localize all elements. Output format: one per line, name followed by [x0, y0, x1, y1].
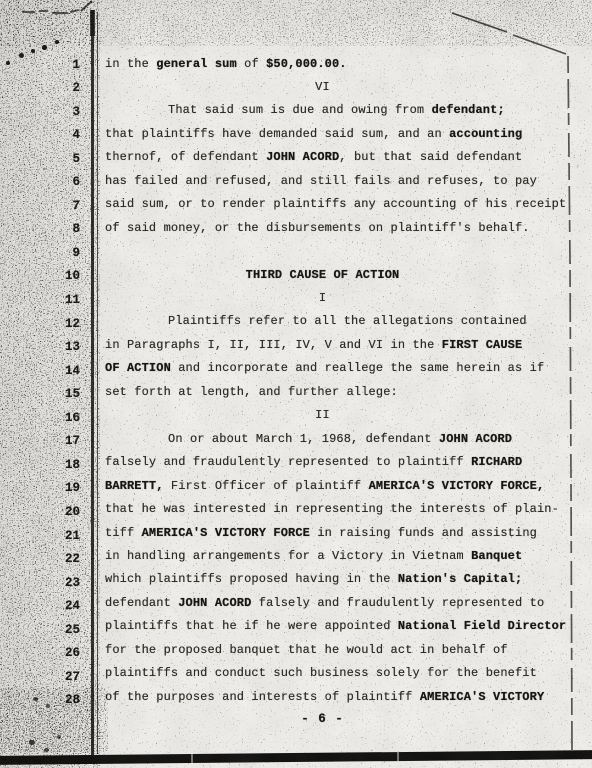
text-line: THIRD CAUSE OF ACTION	[0, 267, 592, 288]
page-number: - 6 -	[105, 712, 540, 726]
body-text: I	[319, 291, 326, 305]
text-line: has failed and refused, and still fails …	[0, 173, 592, 194]
text-line: That said sum is due and owing from defe…	[0, 102, 592, 123]
body-text: of	[237, 57, 266, 71]
text-line-content: in the general sum of $50,000.00.	[105, 56, 540, 73]
emphasized-text: JOHN ACORD	[266, 150, 339, 164]
emphasized-text: AMERICA'S VICTORY	[420, 690, 544, 704]
emphasized-text: JOHN ACORD	[439, 432, 512, 446]
text-line: of the purposes and interests of plainti…	[0, 689, 592, 710]
text-line-content: OF ACTION and incorporate and reallege t…	[105, 360, 540, 377]
body-text: that he was interested in representing t…	[105, 502, 559, 516]
text-line: of said money, or the disbursements on p…	[0, 220, 592, 241]
text-line: in the general sum of $50,000.00.	[0, 56, 592, 77]
text-line-content: plaintiffs and conduct such business sol…	[105, 665, 540, 682]
text-line: for the proposed banquet that he would a…	[0, 642, 592, 663]
text-line-content: in Paragraphs I, II, III, IV, V and VI i…	[105, 337, 540, 354]
ink-dot	[31, 49, 35, 53]
scanner-bar-gap	[191, 754, 193, 763]
text-line: OF ACTION and incorporate and reallege t…	[0, 360, 592, 381]
emphasized-text: Nation's Capital;	[398, 572, 522, 586]
body-text: said sum, or to render plaintiffs any ac…	[105, 197, 566, 211]
ink-blob	[44, 748, 49, 752]
text-line-content: has failed and refused, and still fails …	[105, 173, 540, 190]
scribble-dash	[52, 12, 68, 14]
body-text: On or about March 1, 1968, defendant	[168, 432, 439, 446]
text-line: Plaintiffs refer to all the allegations …	[0, 313, 592, 334]
text-line-content: Plaintiffs refer to all the allegations …	[105, 313, 540, 330]
text-line-content: which plaintiffs proposed having in the …	[105, 571, 540, 588]
emphasized-text: JOHN ACORD	[178, 596, 251, 610]
scanned-pleading-page: 1234567891011121314151617181920212223242…	[0, 0, 592, 768]
text-line: defendant JOHN ACORD falsely and fraudul…	[0, 595, 592, 616]
emphasized-text: RICHARD	[471, 455, 522, 469]
text-line: plaintiffs and conduct such business sol…	[0, 665, 592, 686]
emphasized-text: National Field Director	[398, 619, 566, 633]
emphasized-text: AMERICA'S VICTORY FORCE	[142, 526, 310, 540]
text-line: said sum, or to render plaintiffs any ac…	[0, 196, 592, 217]
text-line-content: plaintiffs that he if he were appointed …	[105, 618, 540, 635]
text-line: in Paragraphs I, II, III, IV, V and VI i…	[0, 337, 592, 358]
body-text: plaintiffs and conduct such business sol…	[105, 666, 537, 680]
text-line-content: tiff AMERICA'S VICTORY FORCE in raising …	[105, 525, 540, 542]
emphasized-text: OF ACTION	[105, 361, 171, 375]
body-text: in raising funds and assisting	[310, 526, 537, 540]
scribble-dash	[39, 10, 48, 12]
emphasized-text: accounting	[449, 127, 522, 141]
body-text: First Officer of plaintiff	[164, 479, 369, 493]
scanner-bar-gap	[397, 752, 399, 761]
body-text: plaintiffs that he if he were appointed	[105, 619, 398, 633]
text-line-content: THIRD CAUSE OF ACTION	[105, 267, 540, 284]
text-line-content: That said sum is due and owing from defe…	[105, 102, 540, 119]
body-text: II	[315, 408, 330, 422]
text-line-content: I	[105, 290, 540, 307]
body-text: defendant	[105, 596, 178, 610]
text-line-content: of said money, or the disbursements on p…	[105, 220, 540, 237]
body-text: Plaintiffs refer to all the allegations …	[168, 314, 527, 328]
emphasized-text: $50,000.00.	[266, 57, 347, 71]
body-text: in handling arrangements for a Victory i…	[105, 549, 471, 563]
text-line: set forth at length, and further allege:	[0, 384, 592, 405]
ink-dot	[42, 45, 47, 50]
emphasized-text: THIRD CAUSE OF ACTION	[246, 268, 400, 282]
text-line: VI	[0, 79, 592, 100]
body-text: falsely and fraudulently represented to	[251, 596, 544, 610]
text-line: thernof, of defendant JOHN ACORD, but th…	[0, 149, 592, 170]
body-text: has failed and refused, and still fails …	[105, 174, 537, 188]
text-line-content: thernof, of defendant JOHN ACORD, but th…	[105, 149, 540, 166]
text-line-content: of the purposes and interests of plainti…	[105, 689, 540, 706]
text-line-content: VI	[105, 79, 540, 96]
rule-top-smudge	[90, 10, 95, 36]
text-line: tiff AMERICA'S VICTORY FORCE in raising …	[0, 525, 592, 546]
body-text: That said sum is due and owing from	[168, 103, 432, 117]
text-line: which plaintiffs proposed having in the …	[0, 571, 592, 592]
text-line: in handling arrangements for a Victory i…	[0, 548, 592, 569]
body-text: and incorporate and reallege the same he…	[171, 361, 544, 375]
text-line-content: falsely and fraudulently represented to …	[105, 454, 540, 471]
text-line: plaintiffs that he if he were appointed …	[0, 618, 592, 639]
text-line: BARRETT, First Officer of plaintiff AMER…	[0, 478, 592, 499]
emphasized-text: defendant;	[432, 103, 505, 117]
emphasized-text: general sum	[156, 57, 237, 71]
scribble-dash	[22, 11, 35, 13]
body-text: tiff	[105, 526, 142, 540]
text-line-content: BARRETT, First Officer of plaintiff AMER…	[105, 478, 540, 495]
body-text: thernof, of defendant	[105, 150, 266, 164]
text-line: that plaintiffs have demanded said sum, …	[0, 126, 592, 147]
ink-blob	[29, 740, 35, 745]
ink-blob	[57, 735, 61, 739]
body-text: which plaintiffs proposed having in the	[105, 572, 398, 586]
text-line-content: that plaintiffs have demanded said sum, …	[105, 126, 540, 143]
body-text: of the purposes and interests of plainti…	[105, 690, 420, 704]
body-text: in Paragraphs I, II, III, IV, V and VI i…	[105, 338, 442, 352]
text-line: falsely and fraudulently represented to …	[0, 454, 592, 475]
text-line-content: set forth at length, and further allege:	[105, 384, 540, 401]
text-line-content: in handling arrangements for a Victory i…	[105, 548, 540, 565]
text-line-content: that he was interested in representing t…	[105, 501, 540, 518]
text-line: that he was interested in representing t…	[0, 501, 592, 522]
emphasized-text: Banquet	[471, 549, 522, 563]
text-line-content: for the proposed banquet that he would a…	[105, 642, 540, 659]
text-line-content: said sum, or to render plaintiffs any ac…	[105, 196, 540, 213]
body-text: set forth at length, and further allege:	[105, 385, 398, 399]
text-line: I	[0, 290, 592, 311]
ink-dot	[55, 40, 59, 44]
body-text: VI	[315, 80, 330, 94]
text-line-content: On or about March 1, 1968, defendant JOH…	[105, 431, 540, 448]
scanner-edge-bar	[0, 750, 592, 764]
text-line-content: defendant JOHN ACORD falsely and fraudul…	[105, 595, 540, 612]
text-line: On or about March 1, 1968, defendant JOH…	[0, 431, 592, 452]
body-text: falsely and fraudulently represented to …	[105, 455, 471, 469]
emphasized-text: BARRETT,	[105, 479, 164, 493]
text-line: II	[0, 407, 592, 428]
body-text: of said money, or the disbursements on p…	[105, 221, 530, 235]
scribble-dash	[70, 9, 79, 13]
text-line-content: II	[105, 407, 540, 424]
text-line	[0, 243, 592, 264]
body-text: that plaintiffs have demanded said sum, …	[105, 127, 449, 141]
emphasized-text: FIRST CAUSE	[442, 338, 523, 352]
emphasized-text: AMERICA'S VICTORY FORCE,	[369, 479, 545, 493]
body-text: in the	[105, 57, 156, 71]
body-text: , but that said defendant	[339, 150, 522, 164]
body-text: for the proposed banquet that he would a…	[105, 643, 508, 657]
